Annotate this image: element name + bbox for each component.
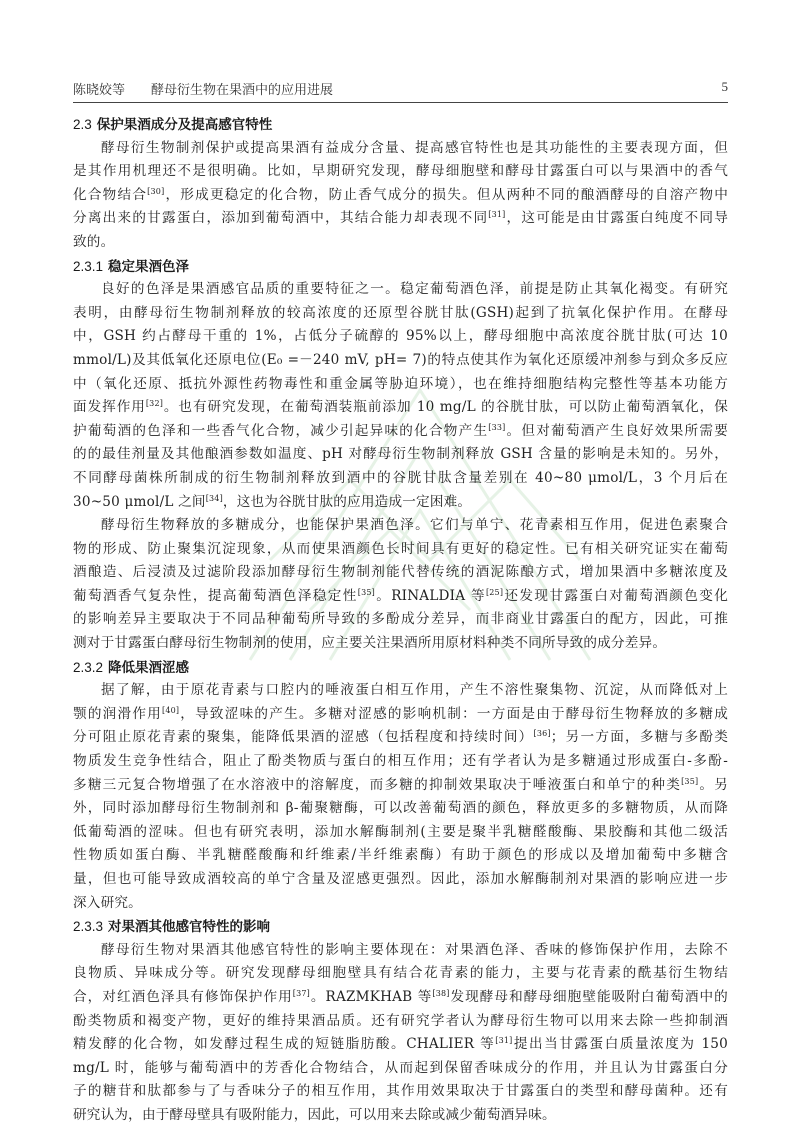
text-line: 酵母衍生物对果酒其他感官特性的影响主要体现在：对果酒色泽、香味的修饰保护作用，去…	[73, 939, 728, 963]
text-segment: ，导致涩味的产生。多糖对涩感的影响机制：一方面是由于酵母衍生物释放的多糖成	[179, 706, 728, 722]
citation-ref: [36]	[534, 729, 551, 738]
text-segment: 葡萄酒香气复杂性，提高葡萄酒色泽稳定性	[73, 588, 358, 604]
text-line: 研究认为，由于酵母壁具有吸附能力，因此，可以用来去除或减少葡萄酒异味。	[73, 1104, 728, 1128]
text-line: 性物质如蛋白酶、半乳糖醛酸酶和纤维素/半纤维素酶）有助于颜色的形成以及增加葡萄中…	[73, 844, 728, 868]
text-line: 物的形成、防止聚集沉淀现象，从而使果酒颜色长时间具有更好的稳定性。已有相关研究证…	[73, 538, 728, 562]
text-segment: ，这也为谷胱甘肽的应用造成一定困难。	[223, 494, 471, 510]
citation-ref: [37]	[293, 989, 310, 998]
text-segment: 颚的润滑作用	[73, 706, 162, 722]
text-segment: 。也有研究发现，在葡萄酒装瓶前添加 10 mg/L 的谷胱甘肽，可以防止葡萄酒氧…	[163, 399, 728, 415]
citation-ref: [40]	[162, 706, 179, 715]
text-line: 化合物结合[30]，形成更稳定的化合物，防止香气成分的损失。但从两种不同的酿酒酵…	[73, 184, 728, 208]
section-2-3-2-paragraph: 据了解，由于原花青素与口腔内的唾液蛋白相互作用，产生不溶性聚集物、沉淀，从而降低…	[73, 679, 728, 915]
text-line: 30~50 μmol/L 之间[34]，这也为谷胱甘肽的应用造成一定困难。	[73, 491, 728, 515]
running-header: 陈晓姣等 酵母衍生物在果酒中的应用进展 5	[73, 79, 728, 99]
text-line: 低葡萄酒的涩味。但也有研究表明，添加水解酶制剂(主要是聚半乳糖醛酸酶、果胶酶和其…	[73, 821, 728, 845]
text-segment: 合，对红酒色泽具有修饰保护作用	[73, 989, 293, 1005]
text-line: 不同酵母菌株所制成的衍生物制剂释放到酒中的谷胱甘肽含量差别在 40~80 μmo…	[73, 467, 728, 491]
text-segment: 。另	[698, 777, 728, 793]
text-line: 测对于甘露蛋白酵母衍生物制剂的使用，应主要关注果酒所用原材料种类不同所导致的成分…	[73, 632, 728, 656]
text-line: 酚类物质和褐变产物，更好的维持果酒品质。还有研究学者认为酵母衍生物可以用来去除一…	[73, 1010, 728, 1034]
text-segment: 还发现甘露蛋白对葡萄酒颜色变化	[503, 588, 728, 604]
text-line: 多糖三元复合物增强了在水溶液中的溶解度，而多糖的抑制效果取决于唾液蛋白和单宁的种…	[73, 774, 728, 798]
section-2-3-paragraph: 酵母衍生物制剂保护或提高果酒有益成分含量、提高感官特性也是其功能性的主要表现方面…	[73, 137, 728, 255]
text-line: 子的糖苷和肽都参与了与香味分子的相互作用，其作用效果取决于甘露蛋白的类型和酵母菌…	[73, 1080, 728, 1104]
text-line: 葡萄酒香气复杂性，提高葡萄酒色泽稳定性[35]。RINALDIA 等[25]还发…	[73, 585, 728, 609]
text-segment: ，这可能是由甘露蛋白纯度不同导	[506, 210, 728, 226]
citation-ref: [33]	[488, 423, 505, 432]
text-line: 酵母衍生物制剂保护或提高果酒有益成分含量、提高感官特性也是其功能性的主要表现方面…	[73, 137, 728, 161]
text-line: 表明，由酵母衍生物制剂释放的较高浓度的还原型谷胱甘肽(GSH)起到了抗氧化保护作…	[73, 302, 728, 326]
citation-ref: [38]	[432, 989, 449, 998]
text-line: mg/L 时，能够与葡萄酒中的芳香化合物结合，从而起到保留香味成分的作用，并且认…	[73, 1057, 728, 1081]
section-heading-2-3-1: 2.3.1稳定果酒色泽	[73, 255, 728, 279]
text-line: 合，对红酒色泽具有修饰保护作用[37]。RAZMKHAB 等[38]发现酵母和酵…	[73, 986, 728, 1010]
section-heading-2-3: 2.3保护果酒成分及提高感官特性	[73, 113, 728, 137]
page-number: 5	[722, 79, 729, 95]
citation-ref: [34]	[206, 494, 223, 503]
text-line: 酵母衍生物释放的多糖成分，也能保护果酒色泽。它们与单宁、花青素相互作用，促进色素…	[73, 514, 728, 538]
header-title: 酵母衍生物在果酒中的应用进展	[151, 79, 333, 98]
text-line: 精发酵的化合物，如发酵过程生成的短链脂肪酸。CHALIER 等[31]提出当甘露…	[73, 1033, 728, 1057]
citation-ref: [31]	[488, 210, 505, 219]
text-segment: 30~50 μmol/L 之间	[73, 494, 206, 510]
text-line: 酒酿造、后浸渍及过滤阶段添加酵母衍生物制剂能代替传统的酒泥陈酿方式，增加果酒中多…	[73, 561, 728, 585]
header-authors: 陈晓姣等	[73, 79, 125, 98]
text-line: 物质发生竞争性结合，阻止了酚类物质与蛋白的相互作用；还有学者认为是多糖通过形成蛋…	[73, 750, 728, 774]
citation-ref: [30]	[147, 187, 164, 196]
text-line: 的影响差异主要取决于不同品种葡萄所导致的多酚成分差异，而非商业甘露蛋白的配方，因…	[73, 608, 728, 632]
citation-ref: [31]	[495, 1036, 512, 1045]
text-line: 中（氧化还原、抵抗外源性药物毒性和重金属等胁迫环境），也在维持细胞结构完整性等基…	[73, 373, 728, 397]
text-line: 量，但也可能导致成酒较高的单宁含量及涩感更强烈。因此，添加水解酶制剂对果酒的影响…	[73, 868, 728, 892]
text-line: 分可阻止原花青素的聚集，能降低果酒的涩感（包括程度和持续时间）[36]；另一方面…	[73, 726, 728, 750]
header-rule	[73, 102, 728, 103]
text-segment: 。RINALDIA 等	[375, 588, 486, 604]
text-segment: 分离出来的甘露蛋白，添加到葡萄酒中，其结合能力却表现不同	[73, 210, 488, 226]
citation-ref: [25]	[486, 588, 503, 597]
citation-ref: [35]	[358, 588, 375, 597]
text-segment: ，形成更稳定的化合物，防止香气成分的损失。但从两种不同的酿酒酵母的自溶产物中	[164, 187, 728, 203]
text-line: mmol/L)及其低氧化还原电位(E₀ =－240 mV, pH= 7)的特点使…	[73, 349, 728, 373]
section-heading-2-3-3: 2.3.3对果酒其他感官特性的影响	[73, 915, 728, 939]
text-line: 外，同时添加酵母衍生物制剂和 β-葡聚糖酶，可以改善葡萄酒的颜色，释放更多的多糖…	[73, 797, 728, 821]
text-segment: 精发酵的化合物，如发酵过程生成的短链脂肪酸。CHALIER 等	[73, 1036, 495, 1052]
section-heading-2-3-2: 2.3.2降低果酒涩感	[73, 656, 728, 680]
section-2-3-3-paragraph: 酵母衍生物对果酒其他感官特性的影响主要体现在：对果酒色泽、香味的修饰保护作用，去…	[73, 939, 728, 1128]
text-segment: 分可阻止原花青素的聚集，能降低果酒的涩感（包括程度和持续时间）	[73, 729, 534, 745]
text-line: 致的。	[73, 231, 728, 255]
text-line: 中，GSH 约占酵母干重的 1%，占低分子硫醇的 95%以上，酵母细胞中高浓度谷…	[73, 325, 728, 349]
text-line: 据了解，由于原花青素与口腔内的唾液蛋白相互作用，产生不溶性聚集物、沉淀，从而降低…	[73, 679, 728, 703]
text-segment: 多糖三元复合物增强了在水溶液中的溶解度，而多糖的抑制效果取决于唾液蛋白和单宁的种…	[73, 777, 681, 793]
text-line: 是其作用机理还不是很明确。比如，早期研究发现，酵母细胞壁和酵母甘露蛋白可以与果酒…	[73, 160, 728, 184]
section-2-3-1-paragraph-1: 良好的色泽是果酒感官品质的重要特征之一。稳定葡萄酒色泽，前提是防止其氧化褐变。有…	[73, 278, 728, 514]
text-line: 深入研究。	[73, 892, 728, 916]
text-segment: 发现酵母和酵母细胞壁能吸附白葡萄酒中的	[450, 989, 728, 1005]
text-segment: 。但对葡萄酒产生良好效果所需要	[506, 423, 728, 439]
text-line: 良好的色泽是果酒感官品质的重要特征之一。稳定葡萄酒色泽，前提是防止其氧化褐变。有…	[73, 278, 728, 302]
text-segment: 提出当甘露蛋白质量浓度为 150	[512, 1036, 728, 1052]
page-body: 2.3保护果酒成分及提高感官特性 酵母衍生物制剂保护或提高果酒有益成分含量、提高…	[73, 113, 728, 1128]
citation-ref: [35]	[681, 777, 698, 786]
text-segment: 。RAZMKHAB 等	[310, 989, 432, 1005]
text-line: 颚的润滑作用[40]，导致涩味的产生。多糖对涩感的影响机制：一方面是由于酵母衍生…	[73, 703, 728, 727]
text-line: 面发挥作用[32]。也有研究发现，在葡萄酒装瓶前添加 10 mg/L 的谷胱甘肽…	[73, 396, 728, 420]
section-2-3-1-paragraph-2: 酵母衍生物释放的多糖成分，也能保护果酒色泽。它们与单宁、花青素相互作用，促进色素…	[73, 514, 728, 656]
text-segment: 护葡萄酒的色泽和一些香气化合物，减少引起异味的化合物产生	[73, 423, 488, 439]
text-line: 的的最佳剂量及其他酿酒参数如温度、pH 对酵母衍生物制剂释放 GSH 含量的影响…	[73, 443, 728, 467]
text-segment: 面发挥作用	[73, 399, 146, 415]
text-segment: ；另一方面，多糖与多酚类	[551, 729, 728, 745]
text-segment: 化合物结合	[73, 187, 147, 203]
text-line: 良物质、异味成分等。研究发现酵母细胞壁具有结合花青素的能力，主要与花青素的酰基衍…	[73, 962, 728, 986]
text-line: 护葡萄酒的色泽和一些香气化合物，减少引起异味的化合物产生[33]。但对葡萄酒产生…	[73, 420, 728, 444]
citation-ref: [32]	[146, 399, 163, 408]
text-line: 分离出来的甘露蛋白，添加到葡萄酒中，其结合能力却表现不同[31]，这可能是由甘露…	[73, 207, 728, 231]
